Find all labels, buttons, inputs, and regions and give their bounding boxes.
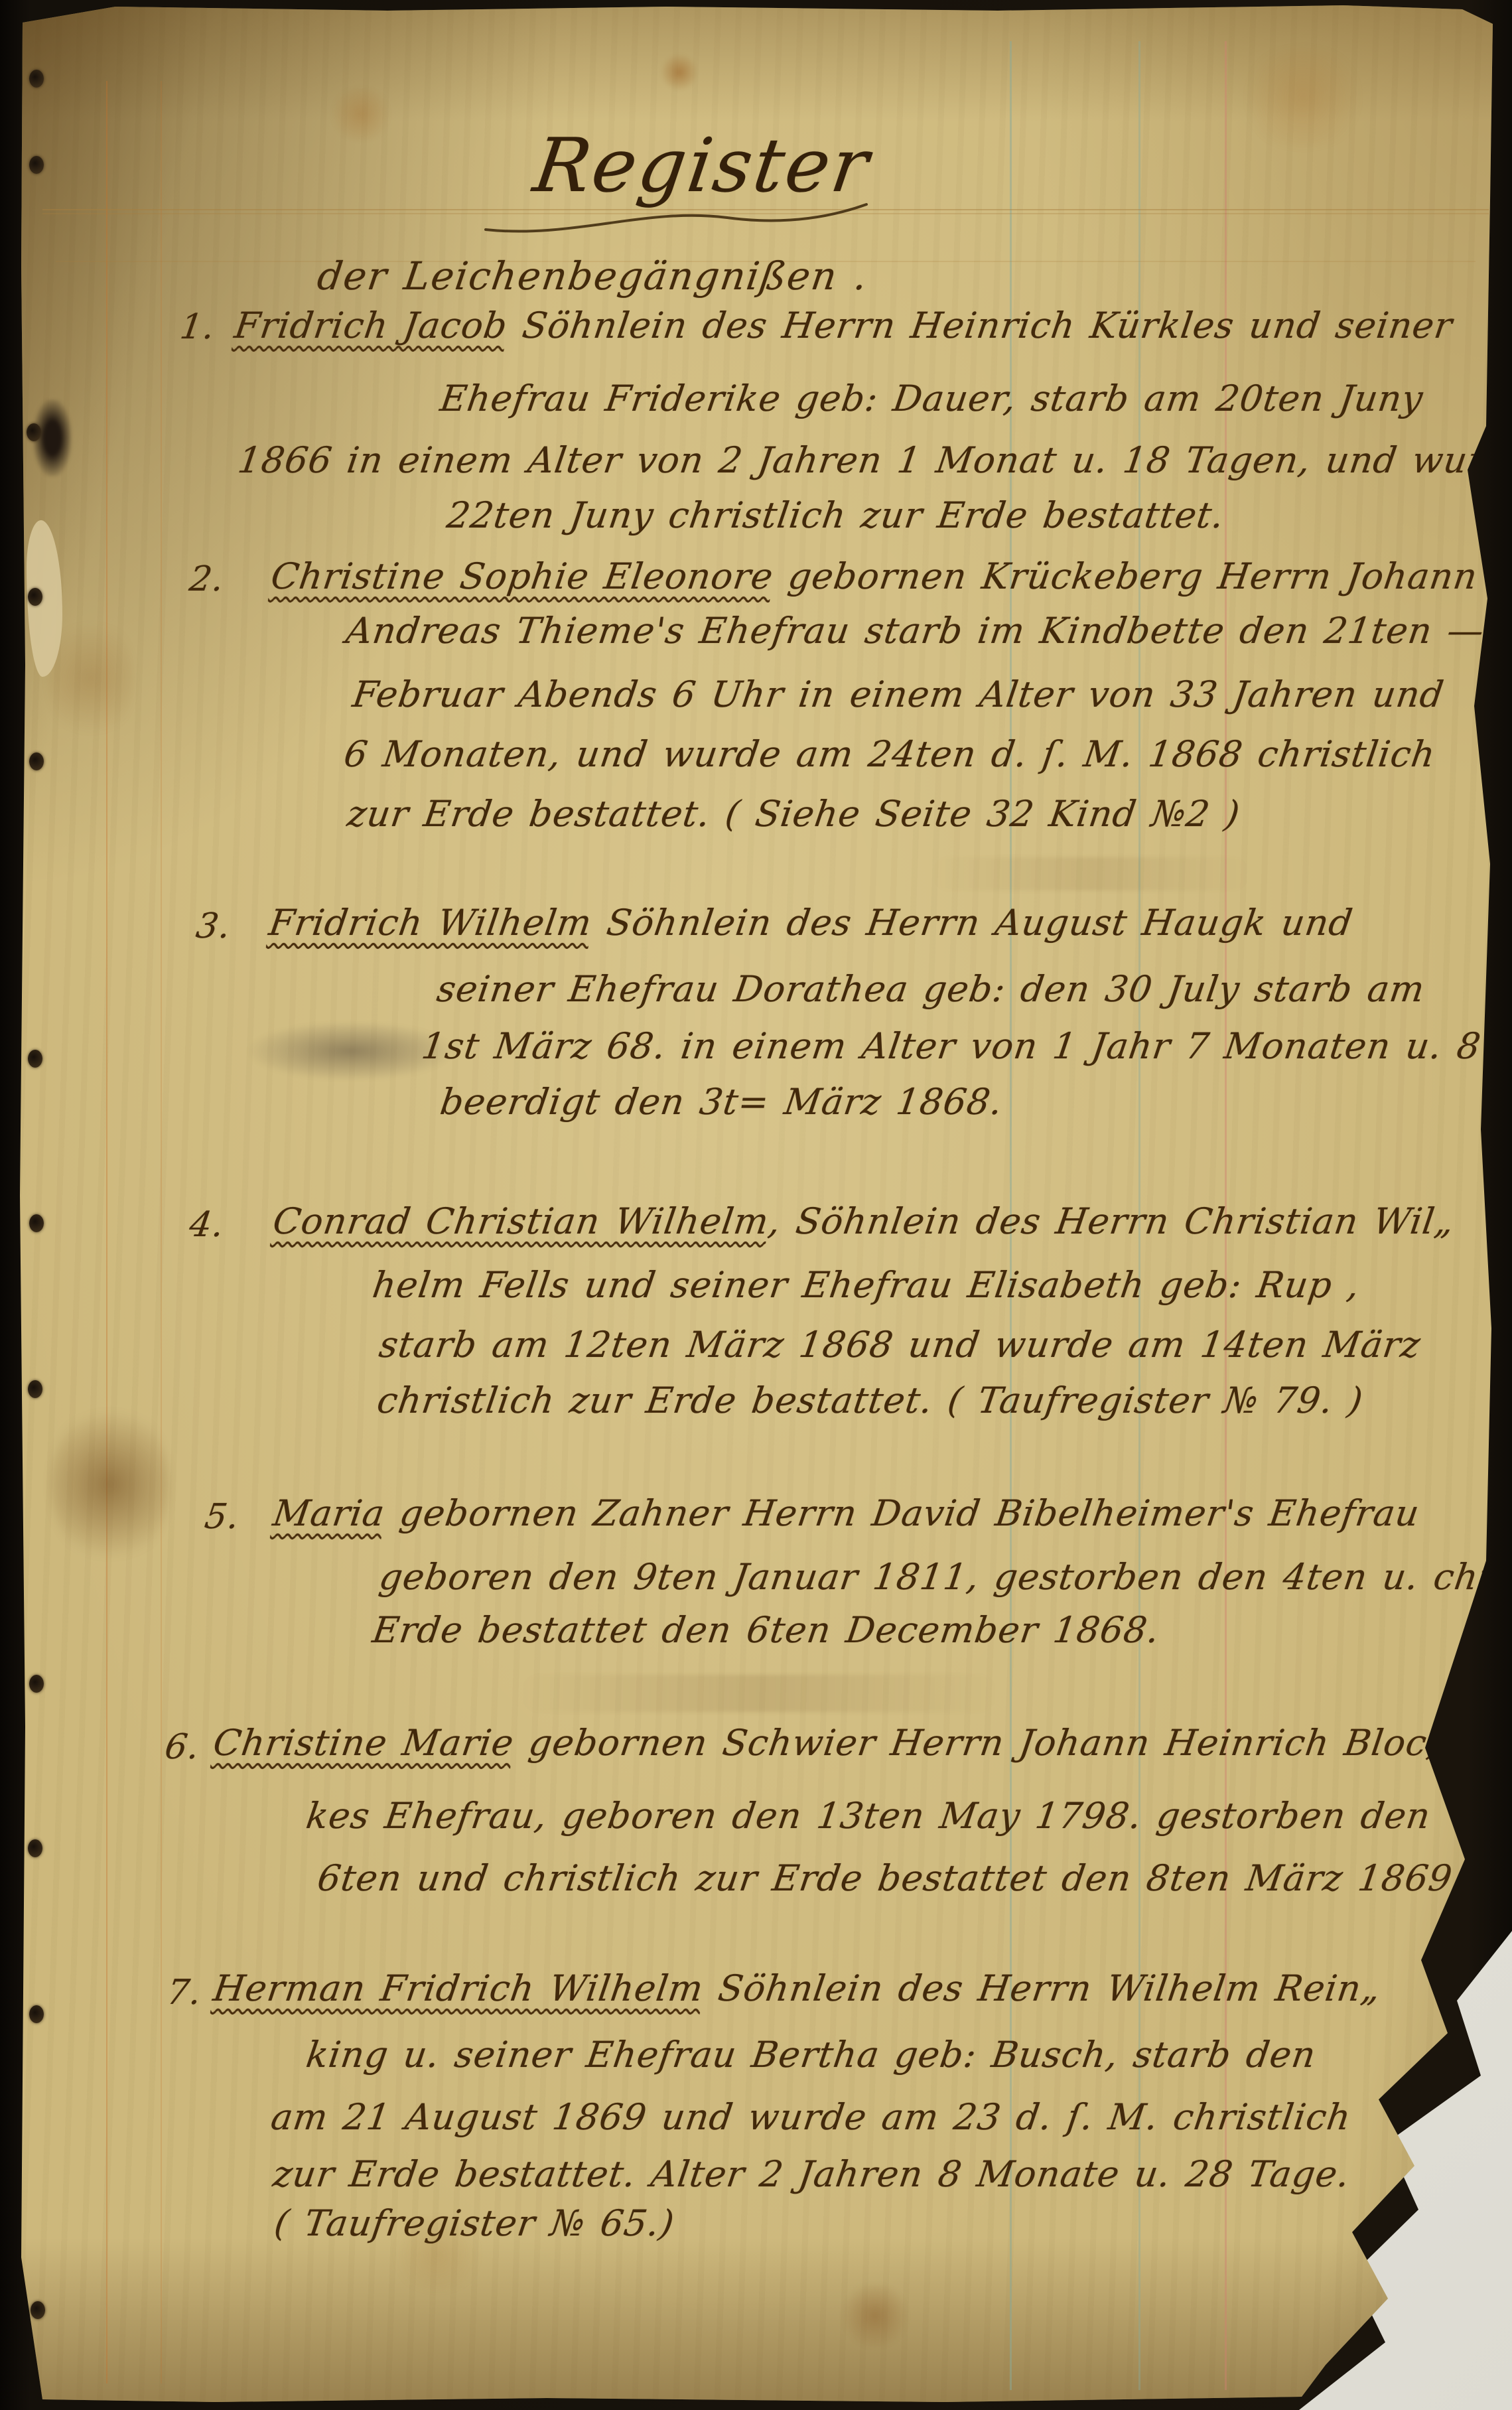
stain bbox=[328, 88, 394, 141]
binder-hole bbox=[28, 588, 42, 606]
entry-number: 6. bbox=[163, 1730, 202, 1764]
entry-line: kes Ehefrau, geboren den 13ten May 1798.… bbox=[304, 1798, 1432, 1834]
entry-line: Fridrich Wilhelm Söhnlein des Herrn Augu… bbox=[267, 905, 1355, 941]
entry-line: christlich zur Erde bestattet. ( Taufreg… bbox=[375, 1383, 1365, 1419]
entry-line: Februar Abends 6 Uhr in einem Alter von … bbox=[350, 677, 1446, 713]
entry-line: Maria gebornen Zahner Herrn David Bibelh… bbox=[271, 1496, 1422, 1531]
entry-line: king u. seiner Ehefrau Bertha geb: Busch… bbox=[304, 2037, 1318, 2073]
entry-line: 1866 in einem Alter von 2 Jahren 1 Monat… bbox=[236, 443, 1512, 478]
binder-hole bbox=[27, 423, 41, 441]
entry-line: Christine Marie gebornen Schwier Herrn J… bbox=[211, 1725, 1448, 1761]
entry-number: 5. bbox=[202, 1500, 241, 1534]
deceased-name: Maria bbox=[271, 1492, 388, 1534]
page-subtitle: der Leichenbegängnißen . bbox=[315, 257, 871, 295]
entry-line: Ehefrau Friderike geb: Dauer, starb am 2… bbox=[438, 381, 1425, 417]
stain bbox=[50, 1401, 170, 1567]
entry-line: Fridrich Jacob Söhnlein des Herrn Heinri… bbox=[232, 308, 1455, 344]
entry-line: Andreas Thieme's Ehefrau starb im Kindbe… bbox=[344, 613, 1486, 649]
entry-line: Conrad Christian Wilhelm, Söhnlein des H… bbox=[271, 1204, 1456, 1240]
scanned-register-page: Register der Leichenbegängnißen . 1. Fri… bbox=[0, 0, 1512, 2410]
binder-hole bbox=[29, 156, 44, 174]
entry-line-text: , Söhnlein des Herrn Christian Wil„ bbox=[766, 1200, 1457, 1242]
entry-line: beerdigt den 3t= März 1868. bbox=[438, 1084, 1005, 1120]
entry-line: zur Erde bestattet. ( Siehe Seite 32 Kin… bbox=[345, 796, 1242, 832]
ink-bleedthrough bbox=[520, 1675, 998, 1712]
deceased-name: Christine Sophie Eleonore bbox=[269, 555, 776, 597]
ink-bleedthrough bbox=[931, 857, 1250, 890]
entry-number: 7. bbox=[165, 1975, 204, 2010]
entry-number: 1. bbox=[178, 310, 217, 344]
entry-line: Christine Sophie Eleonore gebornen Krück… bbox=[269, 559, 1479, 595]
entry-line: am 21 August 1869 und wurde am 23 d. ſ. … bbox=[269, 2099, 1353, 2135]
binder-hole bbox=[29, 1675, 44, 1693]
binder-hole bbox=[29, 2005, 44, 2023]
entry-line: seiner Ehefrau Dorathea geb: den 30 July… bbox=[435, 971, 1427, 1007]
binder-hole bbox=[31, 2301, 45, 2319]
register-paper-sheet: Register der Leichenbegängnißen . 1. Fri… bbox=[16, 1, 1497, 2406]
entry-line-text: Söhnlein des Herrn Heinrich Kürkles und … bbox=[504, 305, 1455, 346]
entry-line-text: gebornen Zahner Herrn David Bibelheimer'… bbox=[381, 1492, 1422, 1534]
entry-number: 2. bbox=[187, 562, 226, 597]
entry-line-text: Söhnlein des Herrn August Haugk und bbox=[588, 902, 1355, 944]
deceased-name: Fridrich Wilhelm bbox=[267, 902, 595, 944]
deceased-name: Conrad Christian Wilhelm bbox=[271, 1200, 772, 1242]
binder-hole bbox=[28, 1380, 42, 1398]
binder-hole bbox=[29, 70, 44, 88]
entry-line: 6 Monaten, und wurde am 24ten d. ſ. M. 1… bbox=[342, 737, 1438, 772]
entry-line: helm Fells und seiner Ehefrau Elisabeth … bbox=[370, 1267, 1362, 1303]
binder-hole bbox=[29, 752, 44, 770]
entry-line-text: gebornen Schwier Herrn Johann Heinrich B… bbox=[511, 1722, 1449, 1764]
entry-line: Herman Fridrich Wilhelm Söhnlein des Her… bbox=[211, 1971, 1383, 2007]
entry-line: geboren den 9ten Januar 1811, gestorben … bbox=[377, 1559, 1512, 1595]
entry-line: 6ten und christlich zur Erde bestattet d… bbox=[315, 1861, 1466, 1896]
binder-hole bbox=[29, 1214, 44, 1232]
entry-line: 22ten Juny christlich zur Erde bestattet… bbox=[445, 498, 1227, 533]
stain bbox=[1237, 48, 1369, 147]
stain bbox=[839, 2284, 912, 2348]
page-title: Register bbox=[529, 129, 874, 203]
deceased-name: Herman Fridrich Wilhelm bbox=[211, 1967, 707, 2009]
binder-hole bbox=[28, 1050, 42, 1068]
deceased-name: Christine Marie bbox=[211, 1722, 517, 1764]
entry-line-text: Söhnlein des Herrn Wilhelm Rein„ bbox=[701, 1967, 1384, 2009]
entry-line-text: gebornen Krückeberg Herrn Johann bbox=[770, 555, 1480, 597]
title-underline-flourish bbox=[480, 198, 872, 242]
binder-hole bbox=[28, 1839, 42, 1857]
margin-rule-line bbox=[106, 81, 107, 2383]
entry-line: zur Erde bestattet. Alter 2 Jahren 8 Mon… bbox=[271, 2157, 1352, 2192]
entry-line: 1st März 68. in einem Alter von 1 Jahr 7… bbox=[419, 1028, 1512, 1064]
stain bbox=[658, 53, 701, 92]
entry-line: ( Taufregister № 65.) bbox=[272, 2206, 677, 2241]
deceased-name: Fridrich Jacob bbox=[232, 305, 510, 346]
entry-line: Erde bestattet den 6ten December 1868. bbox=[370, 1612, 1162, 1648]
margin-rule-line bbox=[161, 81, 162, 2383]
entry-line: starb am 12ten März 1868 und wurde am 14… bbox=[377, 1327, 1423, 1363]
entry-number: 4. bbox=[187, 1208, 226, 1242]
entry-number: 3. bbox=[194, 909, 233, 944]
